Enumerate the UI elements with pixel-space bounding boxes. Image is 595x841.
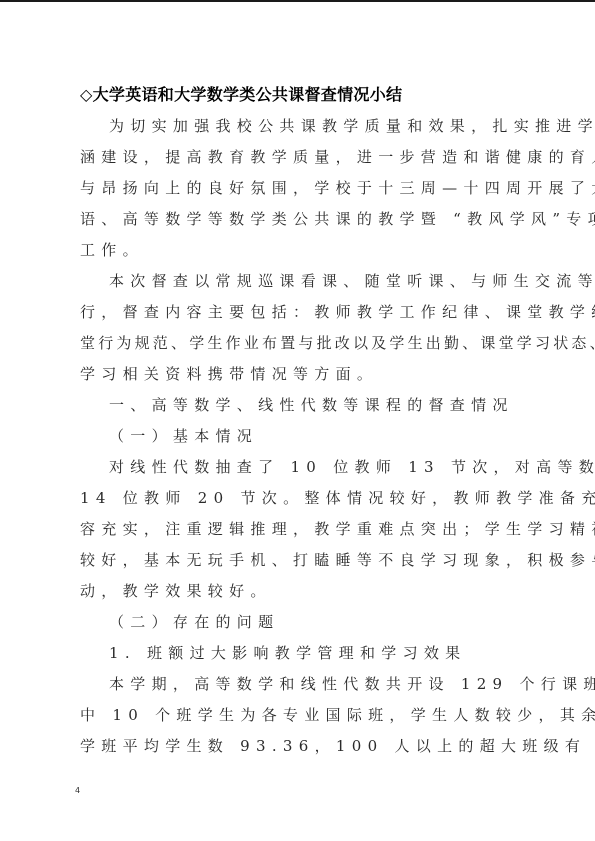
paragraph-class-size: 本学期，高等数学和线性代数共开设 129 个行课班级，其 中 10 个班学生为各…: [80, 669, 520, 762]
document-page: ◇大学英语和大学数学类公共课督查情况小结 为切实加强我校公共课教学质量和效果，扎…: [80, 80, 520, 762]
subsection-heading-math: 一、高等数学、线性代数等课程的督查情况: [80, 390, 520, 421]
text-line: 与昂扬向上的良好氛围，学校于十三周—十四周开展了大学英: [80, 173, 520, 204]
text-line: 为切实加强我校公共课教学质量和效果，扎实推进学校内: [80, 111, 520, 142]
paragraph-basic: 对线性代数抽查了 10 位教师 13 节次，对高等数学抽查了 14 位教师 20…: [80, 452, 520, 607]
paragraph-intro: 为切实加强我校公共课教学质量和效果，扎实推进学校内 涵建设，提高教育教学质量，进…: [80, 111, 520, 266]
text-line: 对线性代数抽查了 10 位教师 13 节次，对高等数学抽查了: [80, 452, 520, 483]
text-line: 行，督查内容主要包括：教师教学工作纪律、课堂教学组织、课: [80, 297, 520, 328]
text-line: 本学期，高等数学和线性代数共开设 129 个行课班级，其: [80, 669, 520, 700]
text-line: 工作。: [80, 235, 520, 266]
paragraph-method: 本次督查以常规巡课看课、随堂听课、与师生交流等方式进 行，督查内容主要包括：教师…: [80, 266, 520, 390]
text-line: 较好，基本无玩手机、打瞌睡等不良学习现象，积极参与教学互: [80, 545, 520, 576]
text-line: 14 位教师 20 节次。整体情况较好，教师教学准备充分，教学内: [80, 483, 520, 514]
text-line: 语、高等数学等数学类公共课的教学暨 “教风学风”专项督导: [80, 204, 520, 235]
text-line: 动，教学效果较好。: [80, 576, 520, 607]
subheading-problems: （二）存在的问题: [80, 607, 520, 638]
section-heading: ◇大学英语和大学数学类公共课督查情况小结: [80, 80, 520, 109]
text-line: 堂行为规范、学生作业布置与批改以及学生出勤、课堂学习状态、: [80, 328, 520, 359]
text-line: 学班平均学生数 93.36，100 人以上的超大班级有 52 个，占班: [80, 731, 520, 762]
text-line: 本次督查以常规巡课看课、随堂听课、与师生交流等方式进: [80, 266, 520, 297]
problem-item-1: 1. 班额过大影响教学管理和学习效果: [80, 638, 520, 669]
top-border-line: [0, 0, 595, 2]
page-number: 4: [75, 786, 80, 795]
subheading-basic-situation: （一）基本情况: [80, 421, 520, 452]
text-line: 学习相关资料携带情况等方面。: [80, 359, 520, 390]
text-line: 涵建设，提高教育教学质量，进一步营造和谐健康的育人环境: [80, 142, 520, 173]
text-line: 容充实，注重逻辑推理，教学重难点突出；学生学习精神状态: [80, 514, 520, 545]
text-line: 中 10 个班学生为各专业国际班，学生人数较少，其余 119 个教: [80, 700, 520, 731]
